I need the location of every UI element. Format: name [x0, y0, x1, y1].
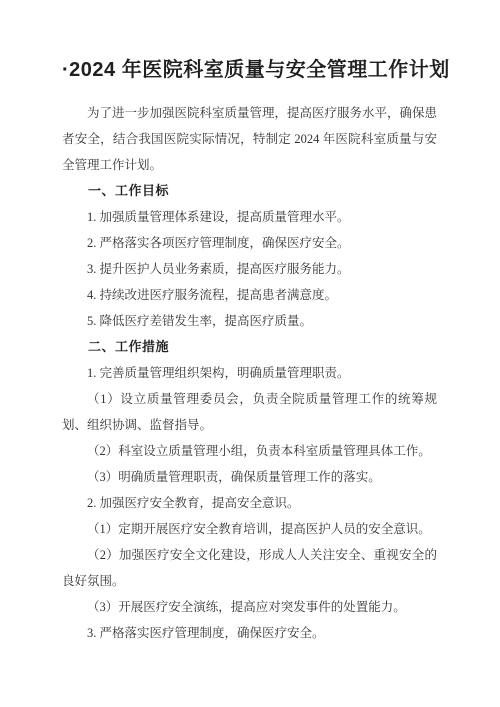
section-heading-work-goals: 一、工作目标 — [62, 178, 437, 204]
measure-item-3: 3. 严格落实医疗管理制度，确保医疗安全。 — [62, 620, 437, 646]
measure-item-2-sub-1: （1）定期开展医疗安全教育培训，提高医护人员的安全意识。 — [62, 516, 437, 542]
measure-item-2-sub-3: （3）开展医疗安全演练，提高应对突发事件的处置能力。 — [62, 594, 437, 620]
measure-item-1-sub-2: （2）科室设立质量管理小组，负责本科室质量管理具体工作。 — [62, 438, 437, 464]
measure-item-1-sub-3: （3）明确质量管理职责，确保质量管理工作的落实。 — [62, 464, 437, 490]
section-heading-work-measures: 二、工作措施 — [62, 334, 437, 360]
measure-item-1-sub-1: （1）设立质量管理委员会，负责全院质量管理工作的统筹规划、组织协调、监督指导。 — [62, 386, 437, 438]
document-page: ·2024 年医院科室质量与安全管理工作计划 为了进一步加强医院科室质量管理，提… — [0, 0, 500, 707]
measure-item-2: 2. 加强医疗安全教育，提高安全意识。 — [62, 490, 437, 516]
measure-item-2-sub-2: （2）加强医疗安全文化建设，形成人人关注安全、重视安全的良好氛围。 — [62, 542, 437, 594]
document-title: ·2024 年医院科室质量与安全管理工作计划 — [62, 56, 437, 84]
goal-item-3: 3. 提升医护人员业务素质，提高医疗服务能力。 — [62, 256, 437, 282]
goal-item-5: 5. 降低医疗差错发生率，提高医疗质量。 — [62, 308, 437, 334]
goal-item-1: 1. 加强质量管理体系建设，提高质量管理水平。 — [62, 204, 437, 230]
measure-item-1: 1. 完善质量管理组织架构，明确质量管理职责。 — [62, 360, 437, 386]
goal-item-2: 2. 严格落实各项医疗管理制度，确保医疗安全。 — [62, 230, 437, 256]
goal-item-4: 4. 持续改进医疗服务流程，提高患者满意度。 — [62, 282, 437, 308]
intro-paragraph: 为了进一步加强医院科室质量管理，提高医疗服务水平，确保患者安全，结合我国医院实际… — [62, 100, 437, 178]
